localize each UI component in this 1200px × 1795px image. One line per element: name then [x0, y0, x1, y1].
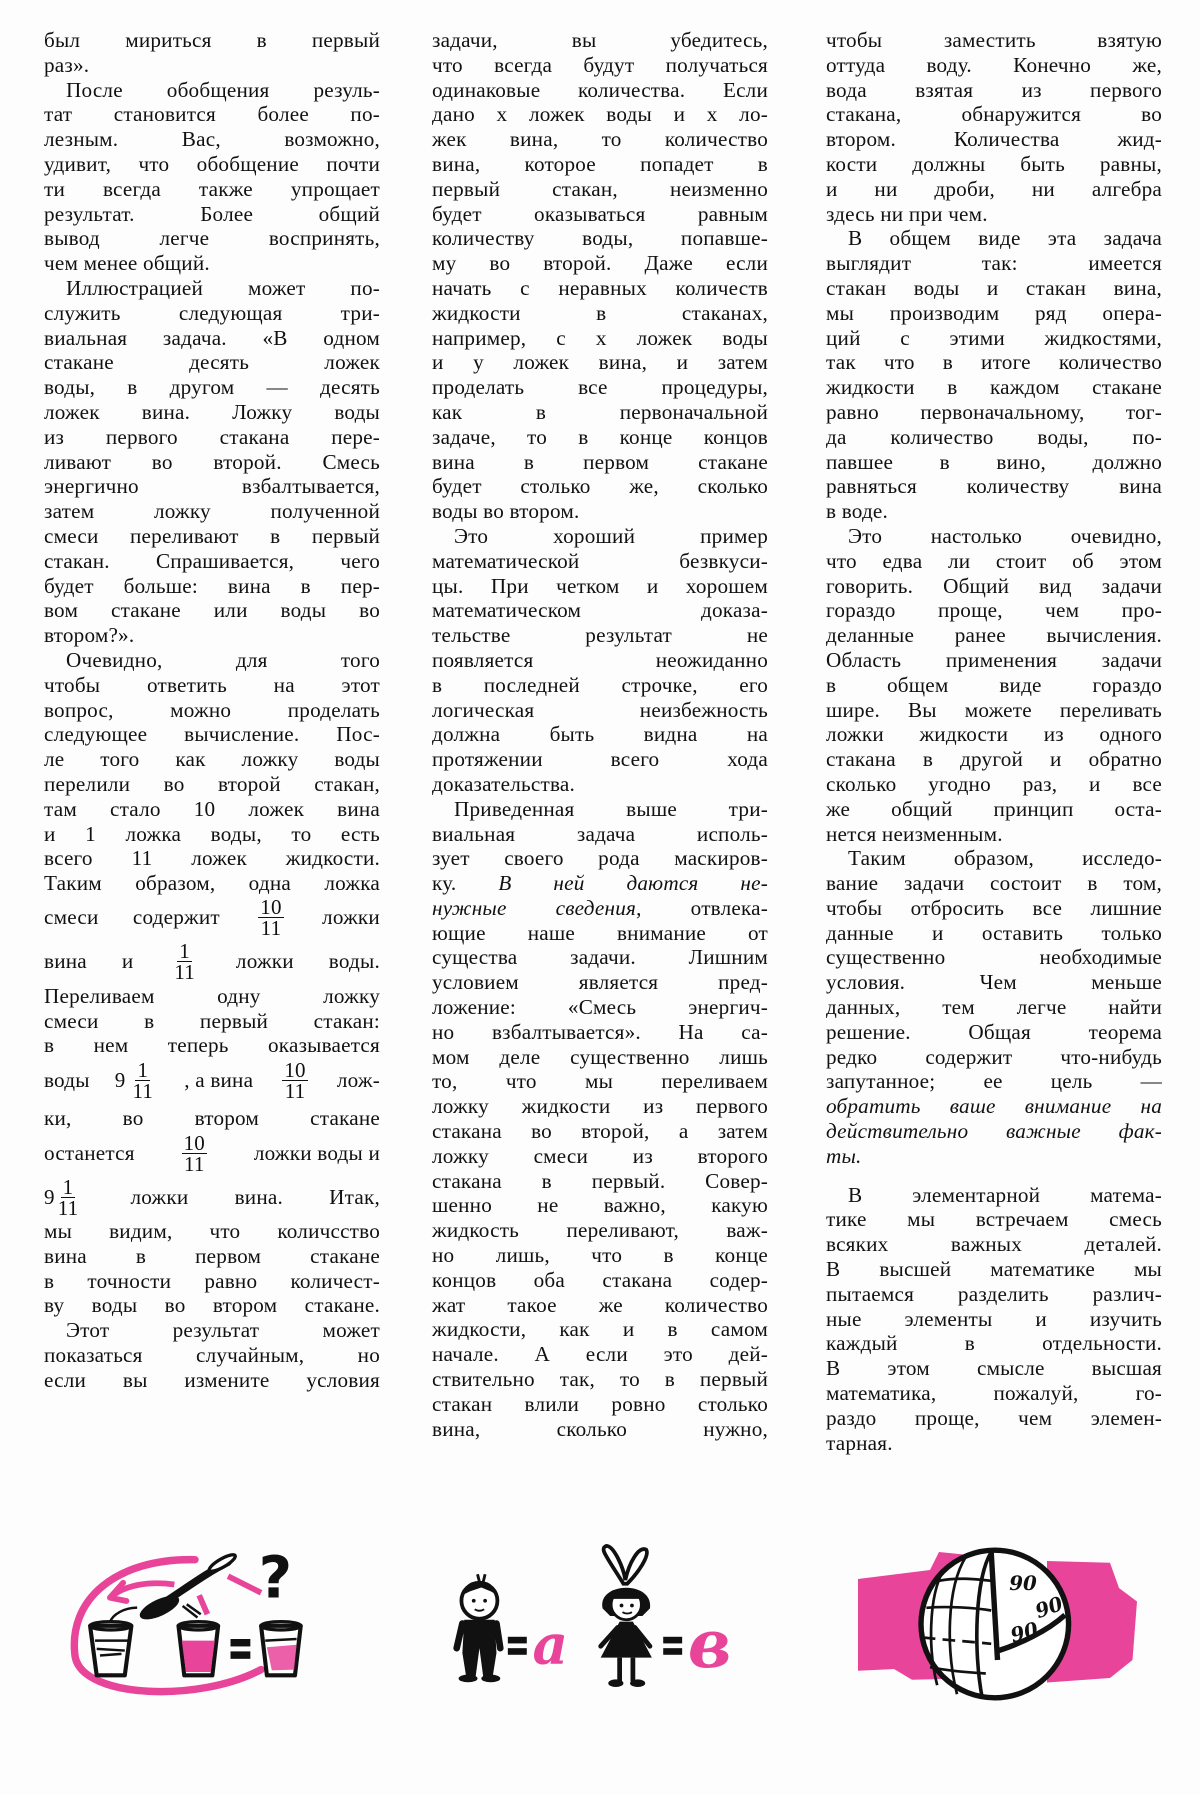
- text-line: проделать все процедуры,: [432, 375, 768, 400]
- text-line: как в первоначальной: [432, 400, 768, 425]
- text-line: ле того как ложку воды: [44, 747, 380, 772]
- text-line: му во второй. Даже если: [432, 251, 768, 276]
- text-line: жат такое же количество: [432, 1293, 768, 1318]
- col1-paragraph-perelivaem: Переливаем одну ложкусмеси в первый стак…: [44, 984, 380, 1058]
- text-line: мом деле существенно лишь: [432, 1045, 768, 1070]
- text-line: начале. А если это дей-: [432, 1342, 768, 1367]
- text: воды.: [329, 949, 380, 974]
- text-column-2: задачи, вы убедитесь,что всегда будут по…: [432, 28, 768, 1441]
- text-line: протяжении всего хода: [432, 747, 768, 772]
- text-line: раз».: [44, 53, 380, 78]
- text-line: вание задачи состоит в том,: [826, 871, 1162, 896]
- text-line: что всегда будут получаться: [432, 53, 768, 78]
- text-line: Таким образом, исследо-: [826, 846, 1162, 871]
- text-line: и ни дроби, ни алгебра: [826, 177, 1162, 202]
- text-line: вывод легче воспринять,: [44, 226, 380, 251]
- text-line: существа задачи. Лишним: [432, 945, 768, 970]
- italic-text: В ней даются не-: [498, 871, 768, 895]
- text-line: Очевидно, для того: [44, 648, 380, 673]
- text-line: действительно важные фак-: [826, 1119, 1162, 1144]
- text-line: ложку жидкости из первого: [432, 1094, 768, 1119]
- text-line: но лишь, что в конце: [432, 1243, 768, 1268]
- text-line: раздо проще, чем элемен-: [826, 1406, 1162, 1431]
- mixed-number-9-1-11: 9 1 11: [115, 1060, 159, 1101]
- fraction-10-11: 10 11: [282, 1060, 307, 1101]
- text-line: деланные ранее вычисления.: [826, 623, 1162, 648]
- text-line: вина в первом стакане: [44, 1244, 380, 1269]
- text-line: После обобщения резуль-: [44, 78, 380, 103]
- text-line: воды во втором.: [432, 499, 768, 524]
- text-line: но взбалтывается». На са-: [432, 1020, 768, 1045]
- text-line: затем ложку полученной: [44, 499, 380, 524]
- text-line: ки, во втором стакане: [44, 1106, 380, 1131]
- text-line: например, с x ложек воды: [432, 326, 768, 351]
- col1-paragraphs-bottom: мы видим, что количсствовина в первом ст…: [44, 1219, 380, 1393]
- text-line: если вы измените условия: [44, 1368, 380, 1393]
- text-line: логическая неизбежность: [432, 698, 768, 723]
- text-line: перелили во второй стакан,: [44, 772, 380, 797]
- text-line: стакана в первый. Совер-: [432, 1169, 768, 1194]
- italic-text: нужные сведения: [432, 896, 636, 920]
- text-line: нется неизменным.: [826, 822, 1162, 847]
- text-line: запутанное; ее цель —: [826, 1069, 1162, 1094]
- text-line: стакан. Спрашивается, чего: [44, 549, 380, 574]
- text-line: будет больше: вина в пер-: [44, 574, 380, 599]
- text-line: ющие наше внимание от: [432, 921, 768, 946]
- text-line: сколько угодно раз, и все: [826, 772, 1162, 797]
- question-mark: ?: [259, 1544, 293, 1612]
- text-line: в последней строчке, его: [432, 673, 768, 698]
- text-line: был мириться в первый: [44, 28, 380, 53]
- text-line: ложение: «Смесь энергич-: [432, 995, 768, 1020]
- text-line: обратить ваше внимание на: [826, 1094, 1162, 1119]
- text-line: пытаемся разделить различ-: [826, 1282, 1162, 1307]
- text-line: чем менее общий.: [44, 251, 380, 276]
- text: содержит: [133, 905, 220, 930]
- text-line: стакана в другой и обратно: [826, 747, 1162, 772]
- denominator: 11: [172, 962, 197, 982]
- text-line: В общем виде эта задача: [826, 226, 1162, 251]
- text-line: ву воды во втором стакане.: [44, 1293, 380, 1318]
- text-line: служить следующая три-: [44, 301, 380, 326]
- text: вина.: [235, 1185, 283, 1210]
- globe-drawing: 90 90 90: [830, 1525, 1165, 1705]
- text-line: что едва ли стоит об этом: [826, 549, 1162, 574]
- label-a: a: [532, 1611, 568, 1676]
- text-line: ций с этими жидкостями,: [826, 326, 1162, 351]
- text-line: там стало 10 ложек вина: [44, 797, 380, 822]
- text-line: и y ложек вина, и затем: [432, 350, 768, 375]
- text-line: зует своего рода маскиров-: [432, 846, 768, 871]
- text-line: цы. При четком и хорошем: [432, 574, 768, 599]
- numerator: 10: [182, 1133, 207, 1154]
- text-line: удивит, что обобщение почти: [44, 152, 380, 177]
- text-line: математической безвкуси-: [432, 549, 768, 574]
- text: , а вина: [184, 1068, 253, 1093]
- denominator: 11: [283, 1081, 308, 1101]
- text-line: то, что мы переливаем: [432, 1069, 768, 1094]
- text-line: количеству воды, попавше-: [432, 226, 768, 251]
- text-line: тельстве результат не: [432, 623, 768, 648]
- text: ложки: [322, 905, 380, 930]
- fraction: 1 11: [56, 1177, 81, 1218]
- text-line: ложку смеси из второго: [432, 1144, 768, 1169]
- text-line: В высшей математике мы: [826, 1257, 1162, 1282]
- text-line: результат. Более общий: [44, 202, 380, 227]
- label-b: в: [688, 1605, 732, 1683]
- text-line: всего 11 ложек жидкости.: [44, 846, 380, 871]
- text-line: данных, тем легче найти: [826, 995, 1162, 1020]
- math-line-smesi-soderzhit: смеси содержит 10 11 ложки: [44, 896, 380, 940]
- fraction-10-11: 10 11: [182, 1133, 207, 1174]
- text-line: первый стакан, неизменно: [432, 177, 768, 202]
- text-line: мы производим ряд опера-: [826, 301, 1162, 326]
- text-line: смеси переливают в первый: [44, 524, 380, 549]
- text-line: задачи, вы убедитесь,: [432, 28, 768, 53]
- text-line: жидкости, как и в самом: [432, 1317, 768, 1342]
- numerator: 1: [61, 1177, 76, 1198]
- col1-paragraphs-top: был мириться в первыйраз».После обобщени…: [44, 28, 380, 896]
- numerator: 10: [282, 1060, 307, 1081]
- text-line: чтобы отбросить все лишние: [826, 896, 1162, 921]
- text-line: данные и оставить только: [826, 921, 1162, 946]
- text-line: должна быть видна на: [432, 722, 768, 747]
- text-line: Этот результат может: [44, 1318, 380, 1343]
- text: ложки воды и: [254, 1141, 380, 1166]
- text-line: и 1 ложка воды, то есть: [44, 822, 380, 847]
- text-line: оттуда воду. Конечно же,: [826, 53, 1162, 78]
- text-line: В этом смысле высшая: [826, 1356, 1162, 1381]
- math-line-vina-i: вина и 1 11 ложки воды.: [44, 940, 380, 984]
- text-line: чтобы заместить взятую: [826, 28, 1162, 53]
- text-line: следующее вычисление. Пос-: [44, 722, 380, 747]
- text-line: математика, пожалуй, го-: [826, 1381, 1162, 1406]
- text-line: дано x ложек воды и x ло-: [432, 102, 768, 127]
- text-line: равно первоначальному, тог-: [826, 400, 1162, 425]
- text-line: ливают во второй. Смесь: [44, 450, 380, 475]
- text-line: шенно не важно, какую: [432, 1193, 768, 1218]
- text: ложки: [236, 949, 294, 974]
- text-line: вопрос, можно проделать: [44, 698, 380, 723]
- math-line-ostanetsya: останется 10 11 ложки воды и: [44, 1131, 380, 1175]
- text-line: математическом доказа-: [432, 598, 768, 623]
- numerator: 10: [258, 897, 283, 918]
- text-line: из первого стакана пере-: [44, 425, 380, 450]
- text-line: павшее в вино, должно: [826, 450, 1162, 475]
- text-line: выглядит так: имеется: [826, 251, 1162, 276]
- text-line: стакан воды и стакан вина,: [826, 276, 1162, 301]
- text-line: будет столько же, сколько: [432, 474, 768, 499]
- text-line: концов оба стакана содер-: [432, 1268, 768, 1293]
- text-line: в точности равно количест-: [44, 1269, 380, 1294]
- text-line: существенно необходимые: [826, 945, 1162, 970]
- text-line: задаче, то в конце концов: [432, 425, 768, 450]
- text-line: виальная задача исполь-: [432, 822, 768, 847]
- text-line: тарная.: [826, 1431, 1162, 1456]
- text-line: В элементарной матема-: [826, 1183, 1162, 1208]
- text-line: смеси в первый стакан:: [44, 1009, 380, 1034]
- text-line: шире. Вы можете переливать: [826, 698, 1162, 723]
- text-line: воды, в другом — десять: [44, 375, 380, 400]
- text-line: стакана во второй, а затем: [432, 1119, 768, 1144]
- illustration-glasses-spoon: ?: [40, 1525, 350, 1715]
- text: останется: [44, 1141, 135, 1166]
- text-line: условия. Чем меньше: [826, 970, 1162, 995]
- text-line: вина, сколько нужно,: [432, 1417, 768, 1442]
- text: ложки: [131, 1185, 189, 1210]
- text-line: доказательства.: [432, 772, 768, 797]
- illustration-boy-girl: a в: [440, 1525, 750, 1705]
- text-line: Область применения задачи: [826, 648, 1162, 673]
- text-line: жидкости в стаканах,: [432, 301, 768, 326]
- whole-part: 9: [44, 1185, 55, 1210]
- text-line: жек вина, то количество: [432, 127, 768, 152]
- fraction-1-11: 1 11: [172, 941, 197, 982]
- text: смеси: [44, 905, 99, 930]
- text-line: Таким образом, одна ложка: [44, 871, 380, 896]
- whole-part: 9: [115, 1068, 126, 1093]
- text-column-1: был мириться в первыйраз».После обобщени…: [44, 28, 380, 1393]
- text: Итак,: [329, 1185, 380, 1210]
- text-line: стакан влили ровно столько: [432, 1392, 768, 1417]
- text: и: [122, 949, 134, 974]
- text-line: в общем виде гораздо: [826, 673, 1162, 698]
- numerator: 1: [177, 941, 192, 962]
- text-line: решение. Общая теорема: [826, 1020, 1162, 1045]
- text-line: всяких важных деталей.: [826, 1232, 1162, 1257]
- math-line-vody-9-1-11: воды 9 1 11 , а вина 10 11 лож-: [44, 1058, 380, 1102]
- fraction: 1 11: [130, 1060, 155, 1101]
- denominator: 11: [130, 1081, 155, 1101]
- text-line: Переливаем одну ложку: [44, 984, 380, 1009]
- text-line: стакане десять ложек: [44, 350, 380, 375]
- text: лож-: [337, 1068, 380, 1093]
- text-line: равняться количеству вина: [826, 474, 1162, 499]
- text-line: чтобы ответить на этот: [44, 673, 380, 698]
- text-line: тат становится более по-: [44, 102, 380, 127]
- glasses-spoon-drawing: ?: [40, 1525, 350, 1715]
- text-line: вина, которое попадет в: [432, 152, 768, 177]
- text-line: появляется неожиданно: [432, 648, 768, 673]
- text-line: ти всегда также упрощает: [44, 177, 380, 202]
- denominator: 11: [56, 1198, 81, 1218]
- text-line: ку. В ней даются не-: [432, 871, 768, 896]
- text: воды: [44, 1068, 90, 1093]
- fraction-10-11: 10 11: [258, 897, 283, 938]
- text-line: говорить. Общий вид задачи: [826, 574, 1162, 599]
- book-page: был мириться в первыйраз».После обобщени…: [0, 0, 1200, 1795]
- text-line: здесь ни при чем.: [826, 202, 1162, 227]
- text-line: ты.: [826, 1144, 1162, 1169]
- text-line: лезным. Вас, возможно,: [44, 127, 380, 152]
- text-line: Это хороший пример: [432, 524, 768, 549]
- text-line: будет оказываться равным: [432, 202, 768, 227]
- text-line: нужные сведения, отвлека-: [432, 896, 768, 921]
- text-line: жидкости в каждом стакане: [826, 375, 1162, 400]
- text-line: начать с неравных количеств: [432, 276, 768, 301]
- text-line: стакана, обнаружится во: [826, 102, 1162, 127]
- text-line: ложек вина. Ложку воды: [44, 400, 380, 425]
- boy-girl-drawing: a в: [440, 1525, 750, 1705]
- text-line: условием является пред-: [432, 970, 768, 995]
- text-line: так что в итоге количество: [826, 350, 1162, 375]
- text-line: в воде.: [826, 499, 1162, 524]
- text-line: вом стакане или воды во: [44, 598, 380, 623]
- text-line: одинаковые количества. Если: [432, 78, 768, 103]
- math-line-9-1-11-lozhki-vina: 9 1 11 ложки вина. Итак,: [44, 1175, 380, 1219]
- text-line: Приведенная выше три-: [432, 797, 768, 822]
- text-line: ложки жидкости из одного: [826, 722, 1162, 747]
- girl-figure: [601, 1546, 652, 1687]
- text-line: виальная задача. «В одном: [44, 326, 380, 351]
- text-line: редко содержит что-нибудь: [826, 1045, 1162, 1070]
- text-line: мы видим, что количсство: [44, 1219, 380, 1244]
- mixed-number-9-1-11: 9 1 11: [44, 1177, 84, 1218]
- text-line: в нем теперь оказывается: [44, 1033, 380, 1058]
- text-line: ствительно так, то в первый: [432, 1367, 768, 1392]
- text-line: показаться случайным, но: [44, 1343, 380, 1368]
- angle-label-1: 90: [1009, 1571, 1037, 1595]
- text-line: же общий принцип оста-: [826, 797, 1162, 822]
- text-line: энергично взбалтывается,: [44, 474, 380, 499]
- denominator: 11: [259, 918, 284, 938]
- text-line: жидкость переливают, важ-: [432, 1218, 768, 1243]
- text-line: гораздо проще, чем про-: [826, 598, 1162, 623]
- text-line: Иллюстрацией может по-: [44, 276, 380, 301]
- text-line: вина в первом стакане: [432, 450, 768, 475]
- text-column-3: чтобы заместить взятуюоттуда воду. Конеч…: [826, 28, 1162, 1455]
- illustration-globe-triangle: 90 90 90: [830, 1525, 1165, 1705]
- text-line: втором?».: [44, 623, 380, 648]
- text-line: Это настолько очевидно,: [826, 524, 1162, 549]
- text-line: вода взятая из первого: [826, 78, 1162, 103]
- text-line: тике мы встречаем смесь: [826, 1207, 1162, 1232]
- text-line: ные элементы и изучить: [826, 1307, 1162, 1332]
- text-line: кости должны быть равны,: [826, 152, 1162, 177]
- text-line: каждый в отдельности.: [826, 1331, 1162, 1356]
- text: вина: [44, 949, 87, 974]
- boy-figure: [457, 1574, 501, 1682]
- text-line: да количество воды, по-: [826, 425, 1162, 450]
- numerator: 1: [135, 1060, 150, 1081]
- denominator: 11: [182, 1154, 207, 1174]
- text-line: втором. Количества жид-: [826, 127, 1162, 152]
